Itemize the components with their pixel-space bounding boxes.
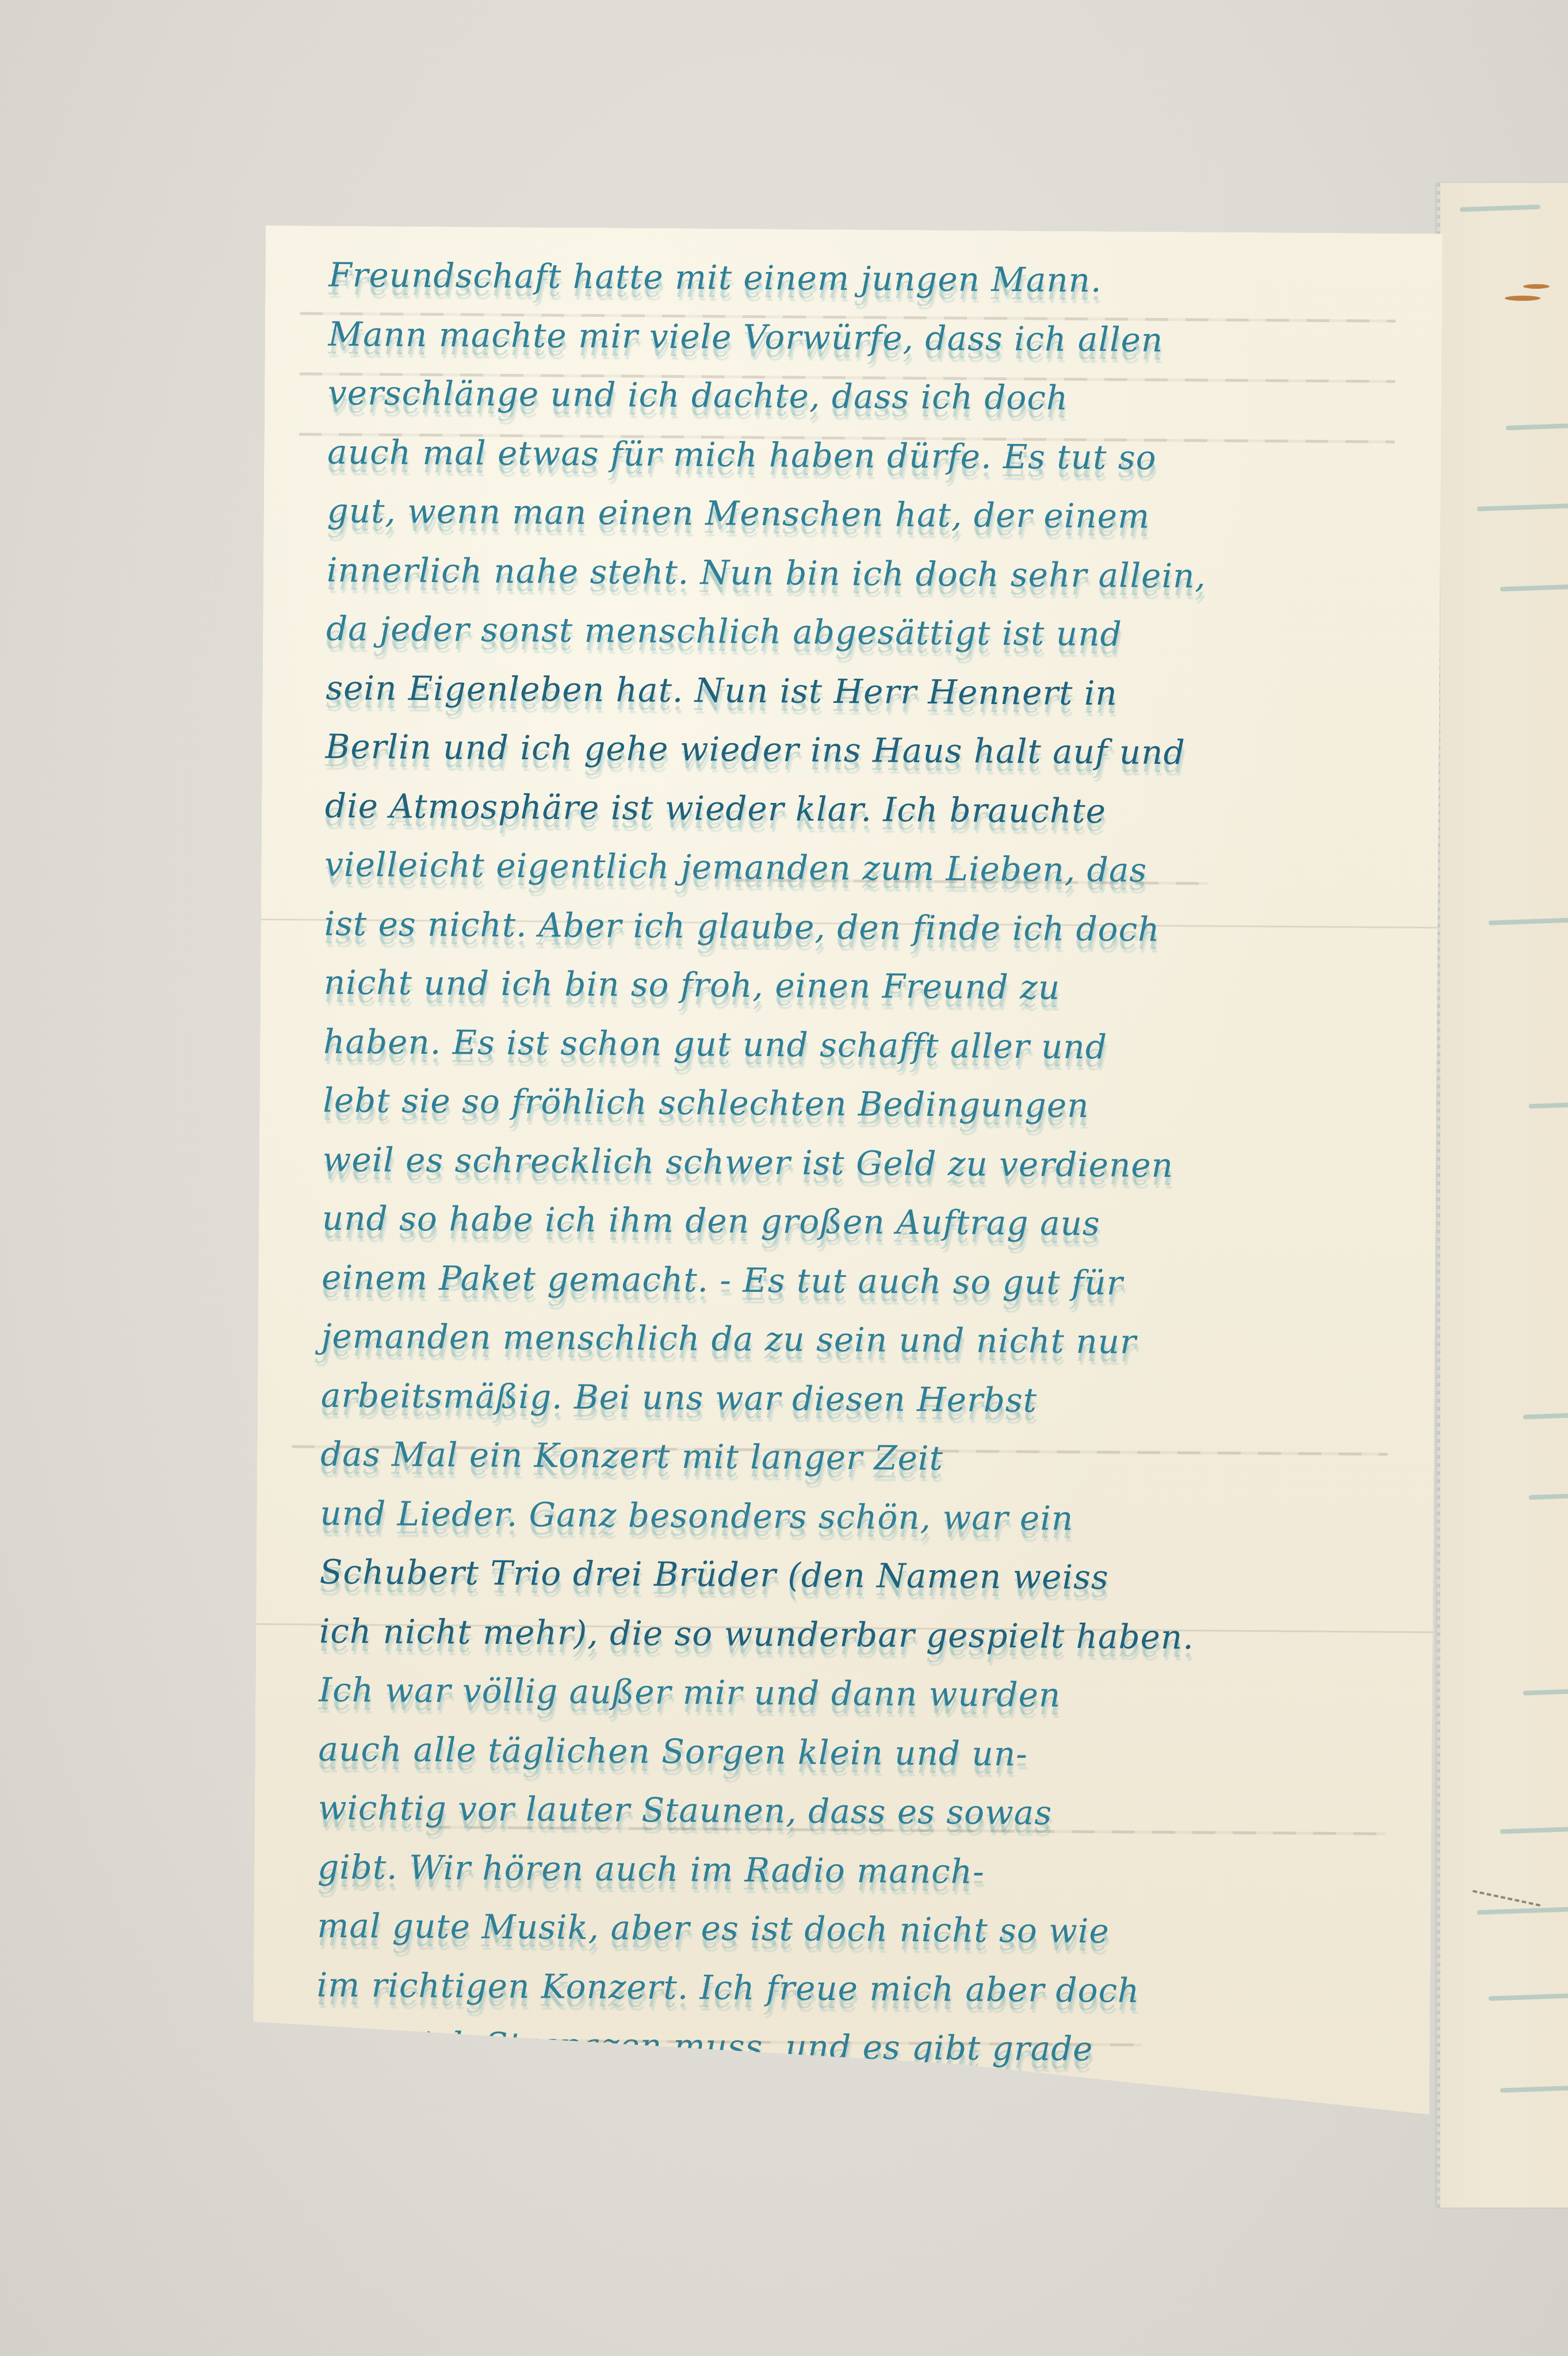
handwriting-fragment — [1489, 917, 1568, 925]
letter-line: innerlich nahe steht. Nun bin ich doch s… — [326, 544, 1417, 610]
letter-line: da jeder sonst menschlich abgesättigt is… — [326, 603, 1417, 670]
rust-stain — [1523, 284, 1550, 289]
handwriting-fragment — [1477, 503, 1568, 511]
letter-line: sein Eigenleben hat. Nun ist Herr Henner… — [326, 661, 1417, 728]
letter-body: Freundschaft hatte mit einem jungen Mann… — [315, 249, 1419, 2261]
letter-line: Schubert Trio drei Brüder (den Namen wei… — [319, 1546, 1410, 1613]
letter-line: ist es nicht. Aber ich glaube, den finde… — [324, 897, 1415, 964]
signature-line: von einer Amerikanerin — [315, 2194, 1406, 2261]
letter-page: Freundschaft hatte mit einem jungen Mann… — [253, 225, 1443, 2114]
letter-line: die Atmosphäre ist wieder klar. Ich brau… — [325, 779, 1416, 846]
handwriting-fragment — [1529, 1494, 1568, 1500]
letter-line: Berlin und ich gehe wieder ins Haus halt… — [325, 721, 1416, 787]
letter-line: ich nicht mehr), die so wunderbar gespie… — [319, 1605, 1410, 1672]
second-sheet — [1437, 183, 1568, 2208]
letter-line: Freundschaft hatte mit einem jungen Mann… — [328, 249, 1420, 316]
closing-line: Nun halt alle liebe Grüße und Wünsche — [315, 2136, 1406, 2202]
letter-line: gibt. Wir hören auch im Radio manch- — [318, 1841, 1409, 1907]
letter-line: wenn ich Strapazen muss, und es gibt gra… — [316, 2018, 1408, 2085]
letter-line: arbeitsmäßig. Bei uns war diesen Herbst — [320, 1369, 1412, 1436]
letter-line: wichtig vor lauter Staunen, dass es sowa… — [318, 1782, 1409, 1849]
letter-line: Ich war völlig außer mir und dann wurden — [319, 1664, 1410, 1731]
letter-line: jemanden menschlich da zu sein und nicht… — [321, 1310, 1412, 1377]
letter-line: haben. Es ist schon gut und schafft alle… — [323, 1015, 1414, 1082]
letter-line: einem Paket gemacht. - Es tut auch so gu… — [322, 1251, 1413, 1318]
letter-line: gut, wenn man einen Menschen hat, der ei… — [327, 485, 1418, 552]
letter-line: lebt sie so fröhlich schlechten Bedingun… — [323, 1074, 1414, 1141]
handwriting-fragment — [1523, 1689, 1568, 1695]
handwriting-fragment — [1500, 2086, 1568, 2093]
letter-line: auch alle täglichen Sorgen klein und un- — [318, 1723, 1409, 1789]
rust-stain — [1505, 296, 1540, 301]
handwriting-fragment — [1500, 584, 1568, 592]
handwriting-fragment — [1506, 423, 1568, 430]
letter-line: etwas Schönes zu hören. — [316, 2076, 1407, 2143]
letter-line: und so habe ich ihm den großen Auftrag a… — [322, 1192, 1413, 1259]
letter-line: das Mal ein Konzert mit langer Zeit — [320, 1428, 1412, 1495]
letter-line: und Lieder. Ganz besonders schön, war ei… — [320, 1487, 1411, 1554]
letter-line: nicht und ich bin so froh, einen Freund … — [323, 957, 1414, 1023]
letter-line: weil es schrecklich schwer ist Geld zu v… — [322, 1133, 1413, 1200]
handwriting-fragment — [1489, 1993, 1568, 2001]
handwriting-fragment — [1523, 1413, 1568, 1419]
handwriting-fragment — [1500, 1827, 1568, 1834]
handwriting-fragment — [1529, 1103, 1568, 1109]
letter-line: vielleicht eigentlich jemanden zum Liebe… — [324, 839, 1416, 905]
letter-line: im richtigen Konzert. Ich freue mich abe… — [316, 1959, 1408, 2025]
handwriting-fragment — [1460, 205, 1540, 212]
letter-line: mal gute Musik, aber es ist doch nicht s… — [317, 1900, 1408, 1967]
